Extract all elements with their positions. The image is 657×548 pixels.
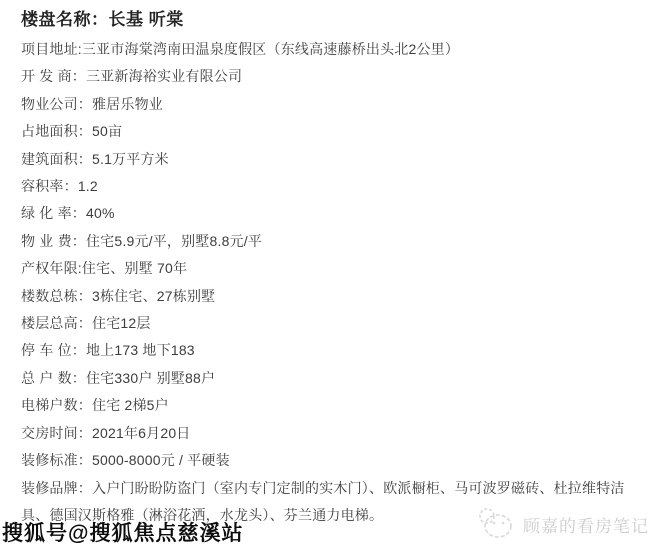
title-label: 楼盘名称： [21,10,109,29]
spec-value: 5000-8000元 / 平硬装 [92,452,230,468]
spec-label: 建筑面积： [21,151,92,167]
spec-row: 物业公司：雅居乐物业 [21,91,637,118]
spec-row: 产权年限:住宅、别墅 70年 [21,255,637,282]
spec-value: 住宅12层 [92,315,151,331]
spec-label: 项目地址: [21,41,82,57]
spec-row: 占地面积：50亩 [21,118,637,145]
spec-row: 楼数总栋：3栋住宅、27栋别墅 [21,283,637,310]
spec-value: 住宅、别墅 70年 [82,260,187,276]
watermark-right-text: 顾嘉的看房笔记 [523,512,649,537]
spec-label: 停 车 位： [21,342,86,358]
spec-row: 停 车 位：地上173 地下183 [21,337,637,364]
page-title: 楼盘名称：长基 听棠 [21,7,637,32]
spec-row: 物 业 费：住宅5.9元/平，别墅8.8元/平 [21,228,637,255]
spec-row: 项目地址:三亚市海棠湾南田温泉度假区（东线高速藤桥出头北2公里） [21,36,637,63]
spec-label: 产权年限: [21,260,82,276]
spec-label: 开 发 商： [21,68,86,84]
spec-label: 楼数总栋： [21,288,92,304]
spec-label: 电梯户数： [21,397,92,413]
watermark-right: 顾嘉的看房笔记 [476,506,649,542]
spec-value: 40% [86,205,115,221]
avatar-icon [476,506,516,542]
spec-value: 住宅330户 别墅88户 [86,370,215,386]
spec-row: 容积率：1.2 [21,173,637,200]
spec-value: 住宅 2梯5户 [92,397,169,413]
spec-value: 3栋住宅、27栋别墅 [92,288,215,304]
title-value: 长基 听棠 [109,10,184,29]
spec-row: 总 户 数：住宅330户 别墅88户 [21,365,637,392]
spec-value: 三亚市海棠湾南田温泉度假区（东线高速藤桥出头北2公里） [82,41,459,57]
spec-row: 电梯户数：住宅 2梯5户 [21,392,637,419]
spec-label: 装修标准： [21,452,92,468]
spec-label: 装修品牌： [21,480,92,496]
spec-row: 交房时间：2021年6月20日 [21,420,637,447]
spec-label: 占地面积： [21,123,92,139]
spec-value: 住宅5.9元/平，别墅8.8元/平 [86,233,262,249]
spec-row: 绿 化 率：40% [21,200,637,227]
article-page: 楼盘名称：长基 听棠 项目地址:三亚市海棠湾南田温泉度假区（东线高速藤桥出头北2… [0,0,657,548]
spec-row: 装修标准：5000-8000元 / 平硬装 [21,447,637,474]
spec-row: 开 发 商：三亚新海裕实业有限公司 [21,63,637,90]
spec-label: 总 户 数： [21,370,86,386]
spec-value: 1.2 [78,178,98,194]
spec-label: 容积率： [21,178,78,194]
spec-value: 三亚新海裕实业有限公司 [86,68,242,84]
spec-row: 楼层总高：住宅12层 [21,310,637,337]
spec-list: 项目地址:三亚市海棠湾南田温泉度假区（东线高速藤桥出头北2公里） 开 发 商：三… [21,36,637,529]
spec-value: 50亩 [92,123,122,139]
spec-label: 物业公司： [21,96,92,112]
spec-value: 5.1万平方米 [92,151,169,167]
spec-row: 建筑面积：5.1万平方米 [21,146,637,173]
spec-label: 物 业 费： [21,233,86,249]
spec-label: 楼层总高： [21,315,92,331]
spec-value: 2021年6月20日 [92,425,191,441]
spec-value: 地上173 地下183 [86,342,195,358]
spec-value: 雅居乐物业 [92,96,163,112]
spec-label: 交房时间： [21,425,92,441]
property-spec-sheet: 楼盘名称：长基 听棠 项目地址:三亚市海棠湾南田温泉度假区（东线高速藤桥出头北2… [0,0,657,529]
spec-label: 绿 化 率： [21,205,86,221]
watermark-left: 搜狐号@搜狐焦点慈溪站 [2,517,243,547]
